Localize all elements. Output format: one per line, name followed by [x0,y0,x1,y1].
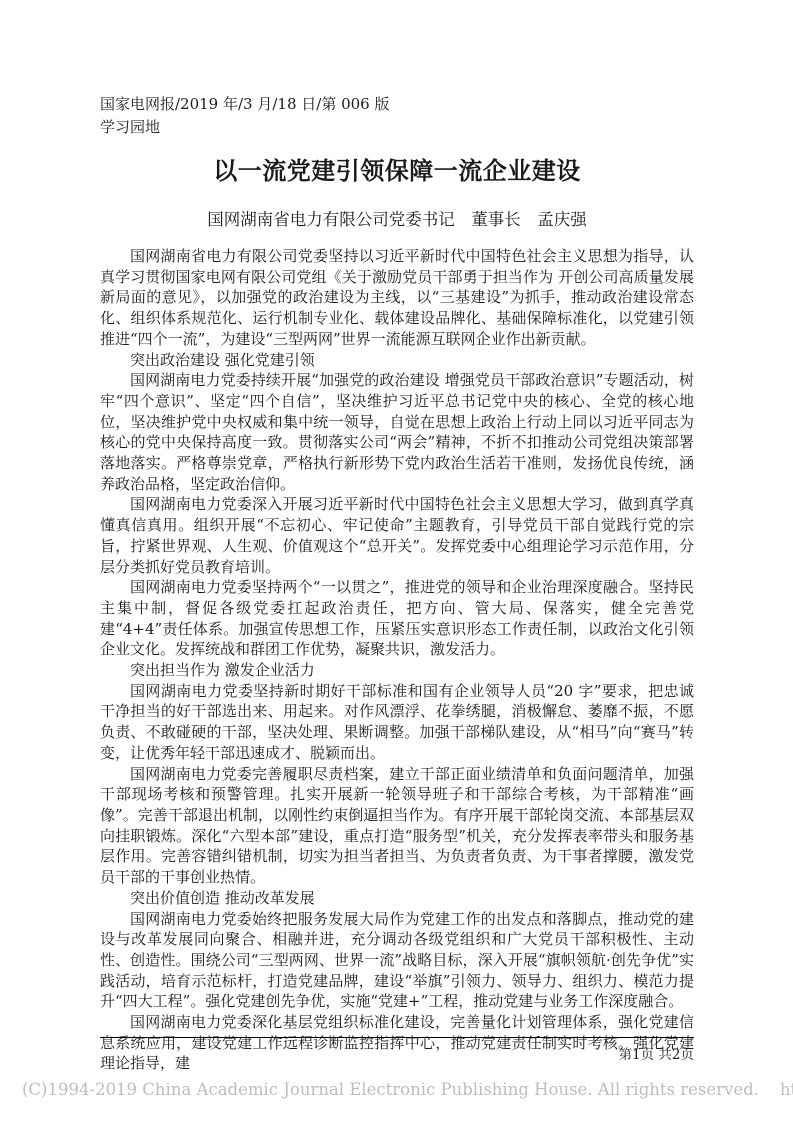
section-heading: 突出政治建设 强化党建引领 [100,350,694,371]
article-body: 国网湖南省电力有限公司党委坚持以习近平新时代中国特色社会主义思想为指导，认真学习… [100,246,694,1074]
article-paragraph: 国网湖南电力党委完善履职尽责档案，建立干部正面业绩清单和负面问题清单，加强干部现… [100,764,694,888]
article-paragraph: 国网湖南电力党委深入开展习近平新时代中国特色社会主义思想大学习，做到真学真懂真信… [100,494,694,577]
page-indicator: 第1页 共2页 [619,1047,694,1063]
section-heading: 突出价值创造 推动改革发展 [100,888,694,909]
cnki-watermark: (C)1994-2019 China Academic Journal Elec… [22,1080,793,1099]
document-page: 国家电网报/2019 年/3 月/18 日/第 006 版 学习园地 以一流党建… [0,0,793,1122]
article-paragraph: 国网湖南电力党委持续开展“加强党的政治建设 增强党员干部政治意识”专题活动，树牢… [100,370,694,494]
document-meta: 国家电网报/2019 年/3 月/18 日/第 006 版 学习园地 [100,93,694,139]
section-heading: 突出担当作为 激发企业活力 [100,660,694,681]
meta-section-line: 学习园地 [100,116,694,139]
article-title: 以一流党建引领保障一流企业建设 [100,151,694,186]
meta-source-line: 国家电网报/2019 年/3 月/18 日/第 006 版 [100,93,694,116]
article-byline: 国网湖南省电力有限公司党委书记 董事长 孟庆强 [100,206,694,230]
article-paragraph: 国网湖南电力党委坚持新时期好干部标准和国有企业领导人员“20 字”要求，把忠诚干… [100,681,694,764]
article-paragraph: 国网湖南电力党委始终把服务发展大局作为党建工作的出发点和落脚点，推动党的建设与改… [100,909,694,1013]
article-paragraph: 国网湖南省电力有限公司党委坚持以习近平新时代中国特色社会主义思想为指导，认真学习… [100,246,694,350]
article-paragraph: 国网湖南电力党委坚持两个“一以贯之”，推进党的领导和企业治理深度融合。坚持民主集… [100,577,694,660]
page-footer: 第1页 共2页 [100,1037,694,1063]
